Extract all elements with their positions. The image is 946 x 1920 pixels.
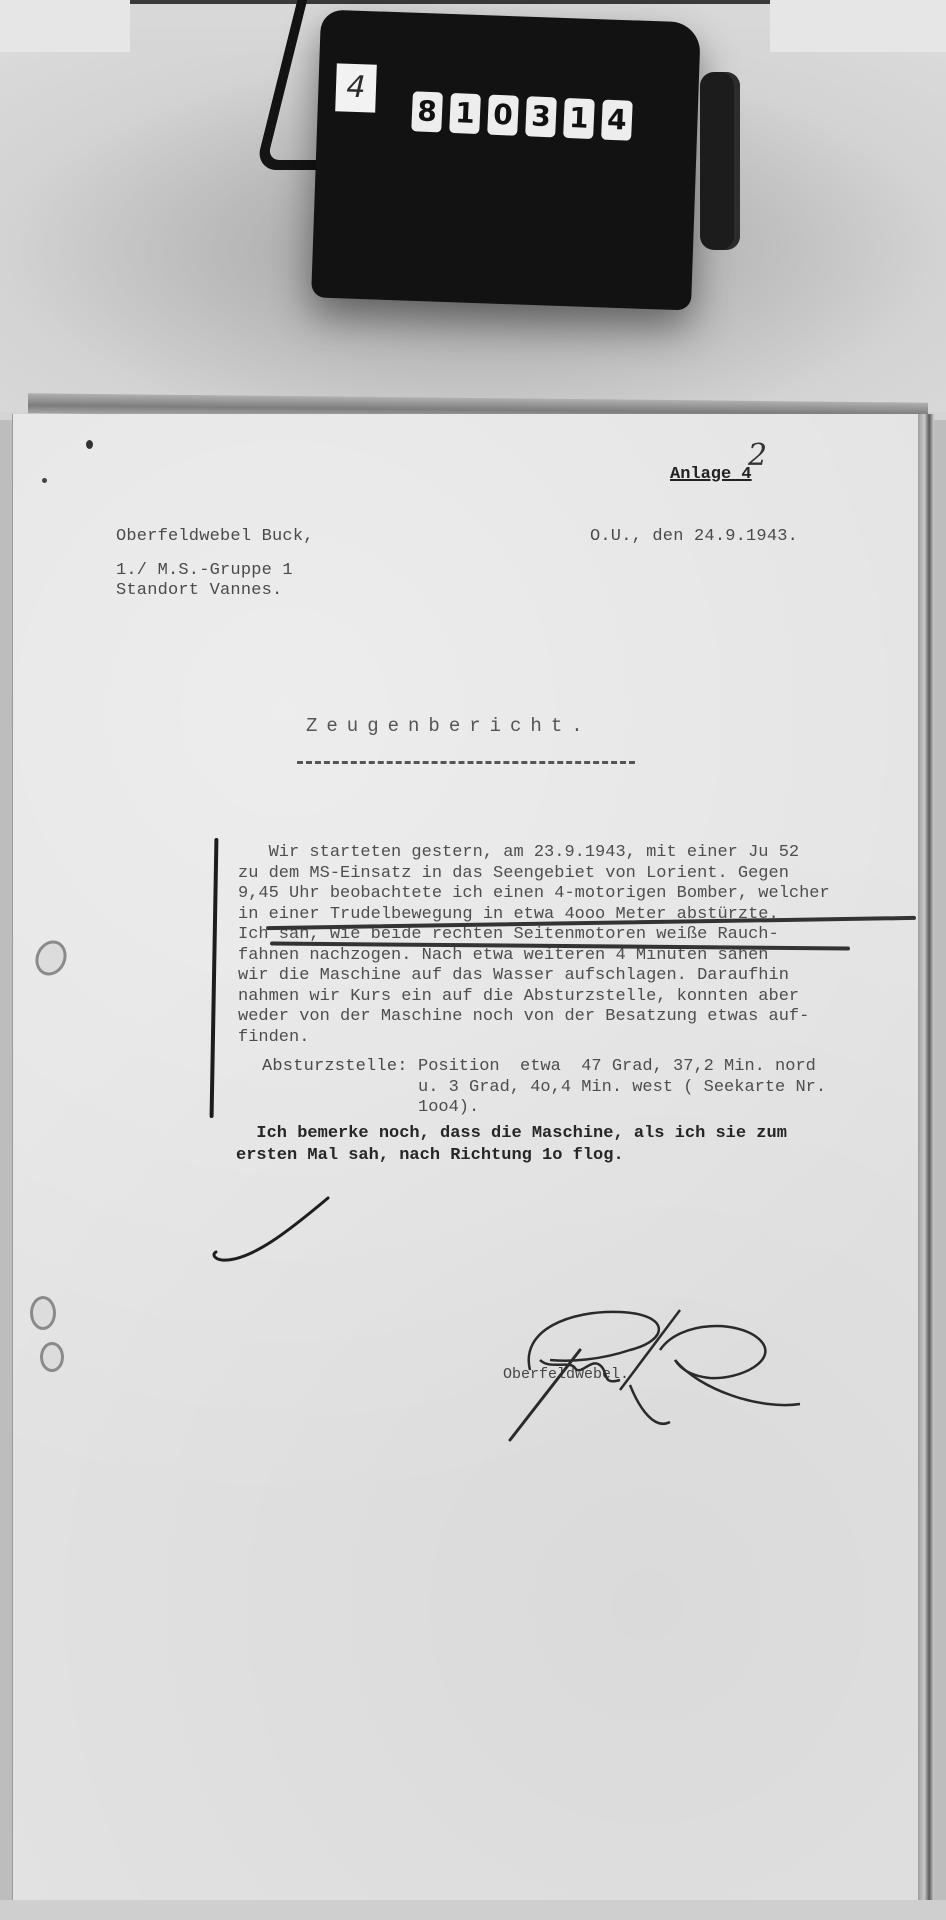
crash-site-line: 1oo4). [418, 1098, 826, 1119]
crash-site-position: Position etwa 47 Grad, 37,2 Min. nord u.… [418, 1057, 826, 1119]
body-line: Wir starteten gestern, am 23.9.1943, mit… [238, 843, 830, 864]
counter-digit: 0 [487, 95, 519, 136]
handwritten-signature [480, 1290, 820, 1460]
counter-digit: 1 [563, 98, 595, 139]
remark-line: ersten Mal sah, nach Richtung 1o flog. [236, 1146, 787, 1168]
document-title: Zeugenbericht. [306, 715, 592, 737]
sender-location: Standort Vannes. [116, 581, 282, 600]
sender-unit: 1./ M.S.-Gruppe 1 [116, 561, 293, 580]
counter-digit: 4 [601, 100, 633, 141]
counter-knob [700, 72, 740, 250]
frame-counter-device [311, 9, 701, 310]
body-line: nahmen wir Kurs ein auf die Absturzstell… [238, 987, 830, 1008]
body-line: weder von der Maschine noch von der Besa… [238, 1007, 830, 1028]
counter-reel-label: 4 [335, 63, 377, 112]
ink-spot [42, 478, 47, 483]
check-mark-icon [210, 1190, 330, 1270]
crash-site-line: u. 3 Grad, 4o,4 Min. west ( Seekarte Nr. [418, 1078, 826, 1099]
body-line: finden. [238, 1028, 830, 1049]
ink-spot [86, 440, 93, 449]
counter-digit: 1 [449, 93, 481, 134]
punch-hole [30, 1296, 56, 1330]
body-line: 9,45 Uhr beobachtete ich einen 4-motorig… [238, 884, 830, 905]
remark-line: Ich bemerke noch, dass die Maschine, als… [236, 1124, 787, 1146]
annex-handwritten-correction: 2 [748, 438, 767, 473]
annex-label: Anlage 4 [670, 465, 752, 484]
sheet-bottom-edge [0, 1900, 946, 1920]
title-underline [297, 761, 635, 764]
additional-remark: Ich bemerke noch, dass die Maschine, als… [236, 1124, 787, 1168]
punch-hole [40, 1342, 64, 1372]
crash-site-line: Position etwa 47 Grad, 37,2 Min. nord [418, 1057, 826, 1078]
sender-name: Oberfeldwebel Buck, [116, 527, 314, 546]
folder-tab-right [770, 0, 946, 53]
folder-tab-left [0, 0, 130, 53]
counter-digit: 3 [525, 96, 557, 137]
body-line: wir die Maschine auf das Wasser aufschla… [238, 966, 830, 987]
place-date: O.U., den 24.9.1943. [590, 527, 798, 546]
sheet-stack-edge [918, 414, 934, 1914]
body-line: zu dem MS-Einsatz in das Seengebiet von … [238, 864, 830, 885]
counter-digit: 8 [411, 91, 443, 132]
crash-site-label: Absturzstelle: [262, 1057, 408, 1076]
